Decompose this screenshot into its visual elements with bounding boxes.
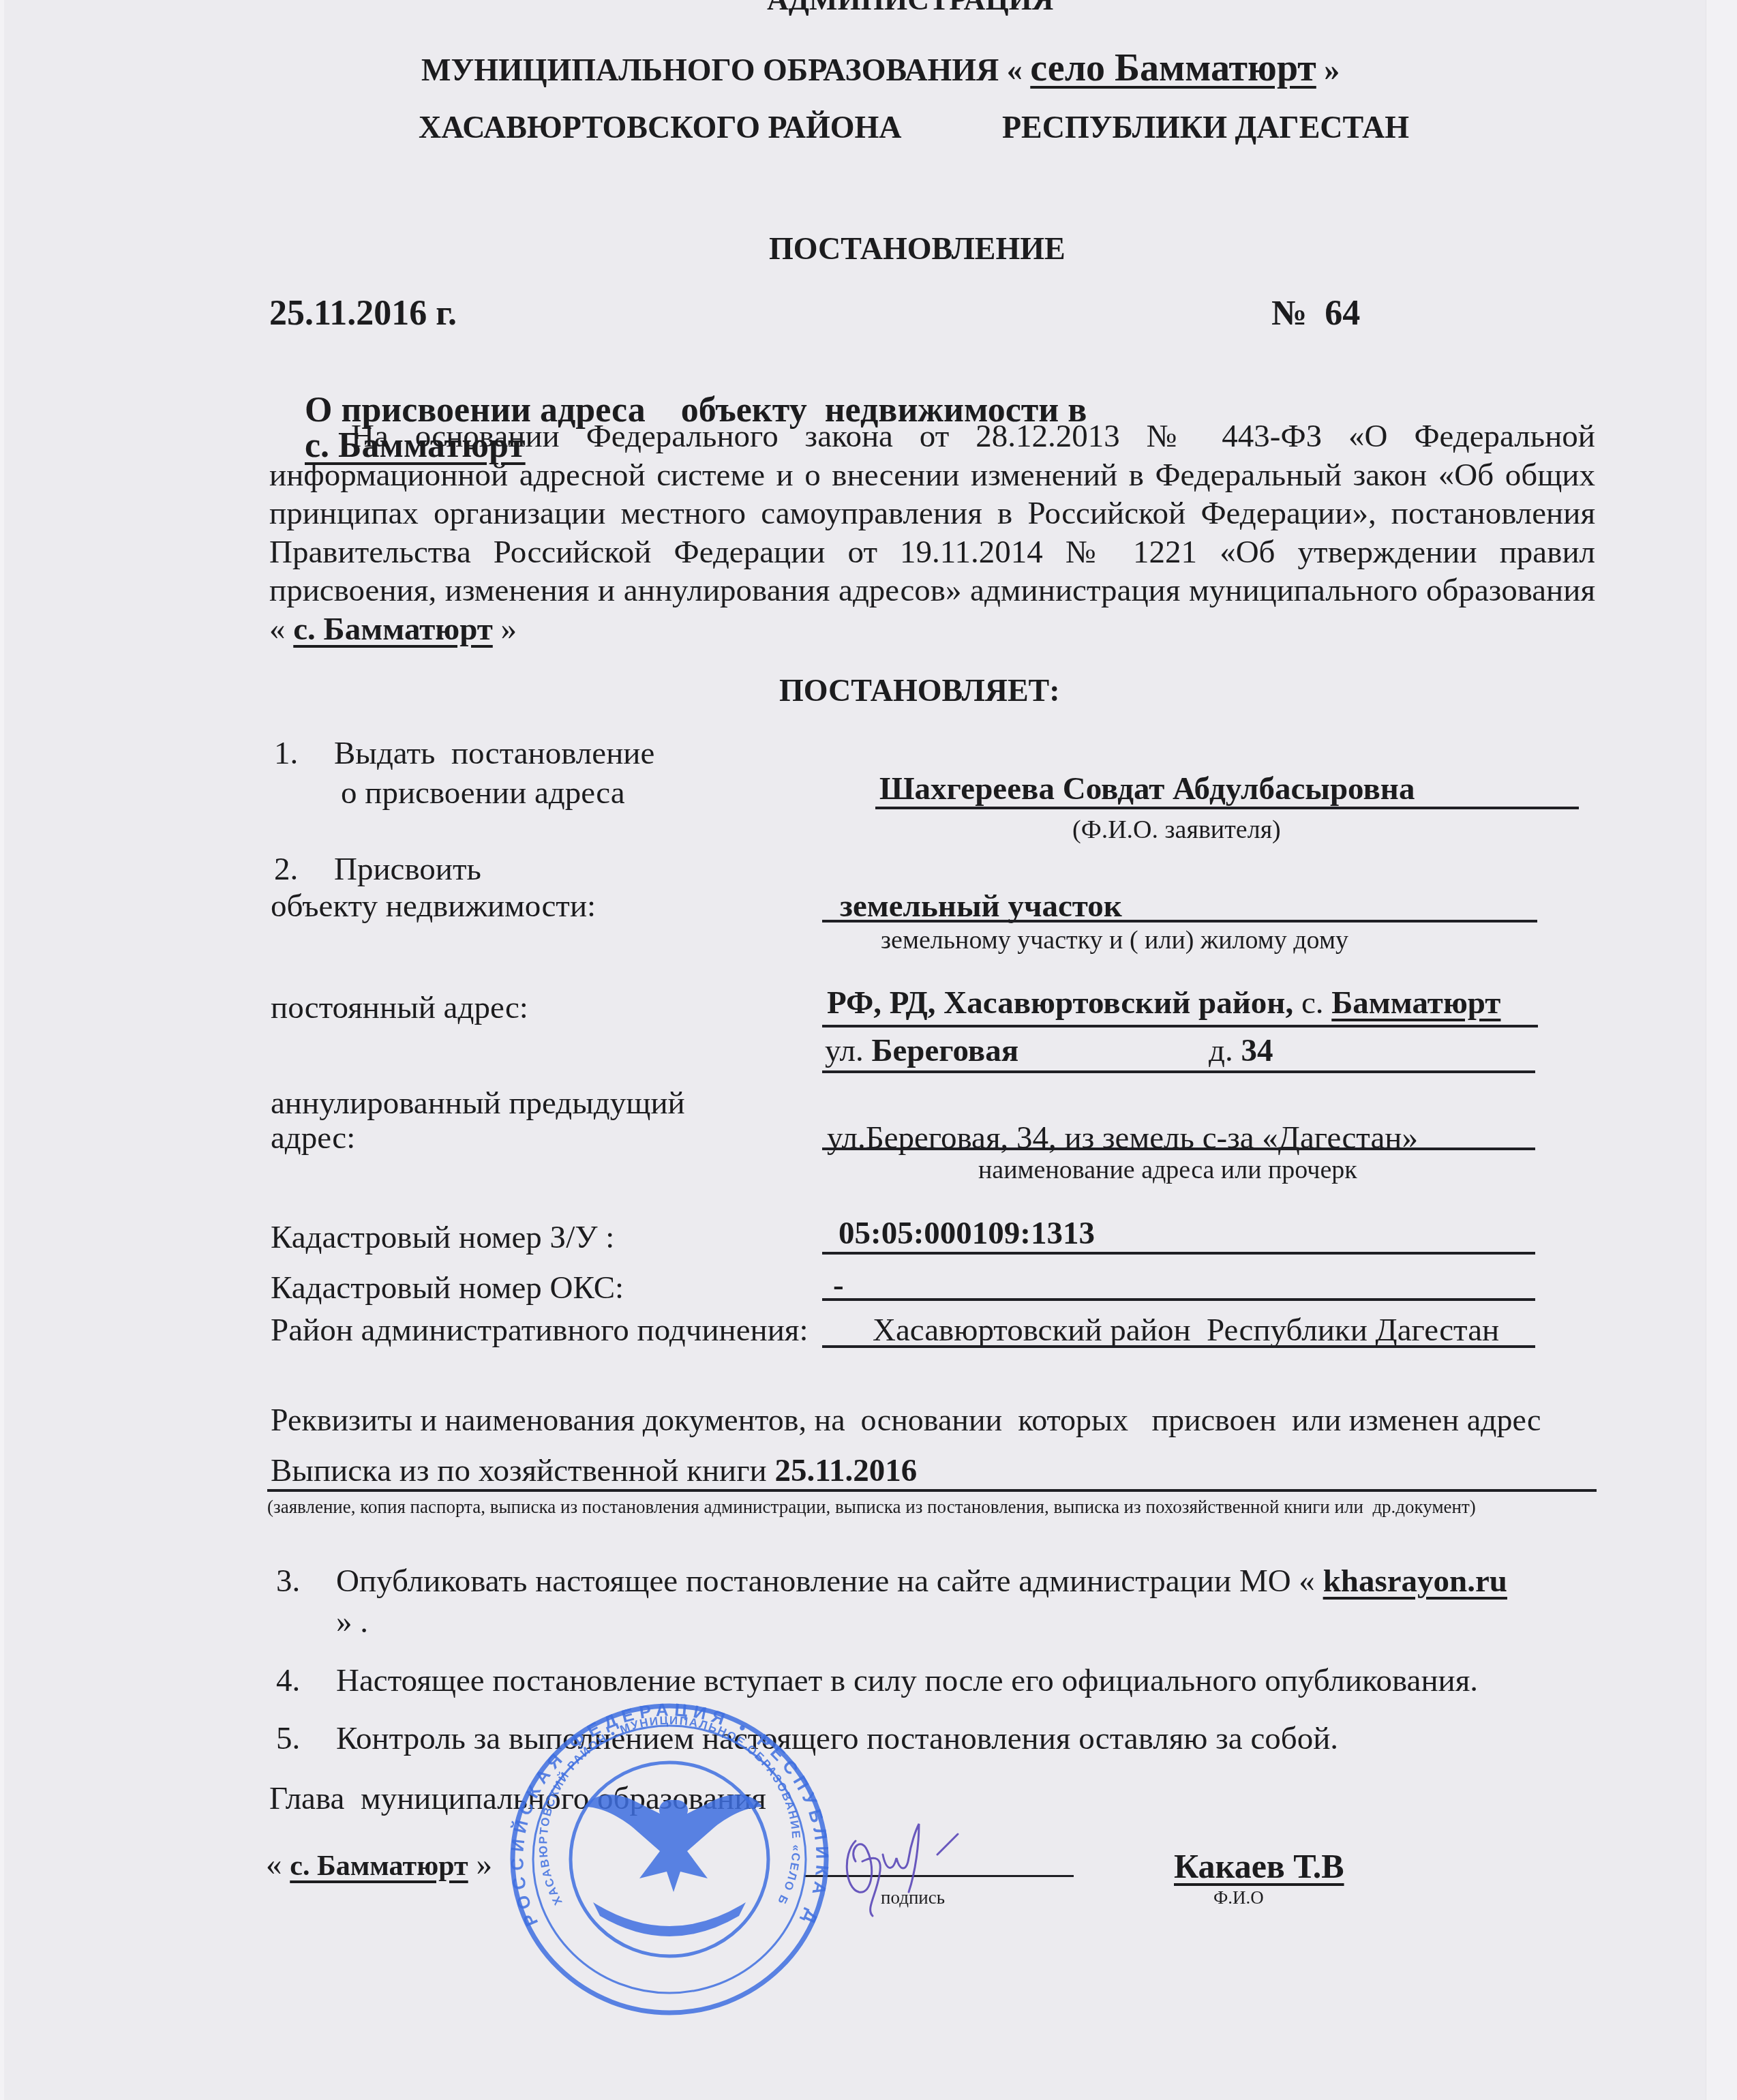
permanent-address-underline2 [822,1070,1535,1073]
cadastral-oks-field: - [833,1270,844,1302]
official-seal-stamp: РОССИЙСКАЯ ФЕДЕРАЦИЯ • РЕСПУБЛИКА ДАГЕСТ… [491,1698,845,2018]
permanent-address-village-prefix: с. [1301,985,1324,1021]
clause3-number: 3. [276,1565,300,1597]
header-village-name: село Бамматюрт [1030,47,1316,89]
cadastral-oks-label: Кадастровый номер ОКС: [271,1272,624,1304]
signatory-village: с. Бамматюрт [290,1850,468,1882]
clause5-number: 5. [276,1723,300,1755]
clause3-tail: » . [336,1606,368,1638]
handwritten-signature [835,1814,992,1930]
object-type-field: земельный участок [840,890,1122,922]
place-open-quote: « [266,1847,282,1882]
requisites-date: 25.11.2016 [774,1453,917,1488]
item1-label-line2: о присвоении адреса [341,777,625,809]
applicant-name-caption: (Ф.И.О. заявителя) [1072,817,1281,843]
cadastral-land-label: Кадастровый номер З/У : [271,1222,614,1254]
item2-number: 2. [274,854,298,886]
clause4-number: 4. [276,1665,300,1697]
requisites-caption: (заявление, копия паспорта, выписка из п… [267,1498,1476,1516]
signatory-name: Какаев Т.В [1174,1849,1344,1883]
item2-label-line2: объекту недвижимости: [271,890,596,922]
preamble-paragraph: На основании Федерального закона от 28.1… [269,417,1595,648]
applicant-name-field: Шахгереева Совдат Абдулбасыровна [879,773,1415,805]
annulled-address-label-line2: адрес: [271,1122,355,1154]
district-label: Район административного подчинения: [271,1315,809,1347]
resolves-heading: ПОСТАНОВЛЯЕТ: [779,675,1060,706]
scan-edge-right [1706,0,1737,2100]
street-name: Береговая [871,1033,1018,1068]
header-administration: АДМИНИСТРАЦИЯ [767,0,1054,15]
permanent-address-label: постоянный адрес: [271,992,528,1024]
header-district: ХАСАВЮРТОВСКОГО РАЙОНА [419,112,902,143]
house-value: 34 [1241,1033,1273,1068]
permanent-address-village: Бамматюрт [1331,985,1500,1021]
header-municipality: МУНИЦИПАЛЬНОГО ОБРАЗОВАНИЯ « село Баммат… [421,49,1340,87]
annulled-address-underline [822,1147,1535,1150]
requisites-underline [267,1489,1597,1492]
place-close-quote: » [476,1847,492,1882]
eagle-emblem-icon [585,1795,762,1936]
applicant-name-underline [875,807,1579,809]
permanent-address-line2: ул. Береговая [825,1035,1018,1067]
requisites-heading: Реквизиты и наименования документов, на … [271,1405,1541,1436]
document-page: АДМИНИСТРАЦИЯ МУНИЦИПАЛЬНОГО ОБРАЗОВАНИЯ… [0,0,1737,2100]
header-municipality-prefix: МУНИЦИПАЛЬНОГО ОБРАЗОВАНИЯ « [421,52,1023,87]
permanent-address-region: РФ, РД, Хасавюртовский район, [827,985,1293,1021]
house-number: д. 34 [1209,1035,1273,1067]
document-type-title: ПОСТАНОВЛЕНИЕ [769,233,1066,265]
clause3-body: Опубликовать настоящее постановление на … [336,1563,1315,1599]
header-republic: РЕСПУБЛИКИ ДАГЕСТАН [1002,112,1409,143]
signatory-name-caption: Ф.И.О [1213,1889,1264,1907]
preamble-suffix: » [501,612,517,647]
annulled-address-caption: наименование адреса или прочерк [978,1157,1357,1183]
header-municipality-suffix: » [1324,52,1340,87]
item2-label-line1: Присвоить [334,854,481,886]
document-number: № 64 [1271,296,1360,331]
permanent-address-line1: РФ, РД, Хасавюртовский район, с. Бамматю… [827,987,1500,1019]
house-prefix: д. [1209,1033,1233,1068]
item1-number: 1. [274,738,298,770]
district-underline [822,1345,1535,1348]
permanent-address-underline1 [822,1025,1538,1027]
requisites-field: Выписка из по хозяйственной книги 25.11.… [271,1455,917,1487]
object-type-underline [822,920,1537,922]
district-field: Хасавюртовский район Республики Дагестан [873,1315,1499,1347]
cadastral-land-underline [822,1252,1535,1255]
requisites-doc: Выписка из по хозяйственной книги [271,1453,767,1488]
clause4-text: Настоящее постановление вступает в силу … [336,1665,1478,1697]
scan-edge-left [0,0,4,2100]
document-date: 25.11.2016 г. [269,296,457,331]
signatory-place: « с. Бамматюрт » [266,1849,492,1881]
object-type-caption: земельному участку и ( или) жилому дому [881,927,1348,953]
annulled-address-label-line1: аннулированный предыдущий [271,1087,685,1120]
cadastral-land-field: 05:05:000109:1313 [839,1218,1095,1250]
publication-site-link[interactable]: khasrayon.ru [1323,1563,1507,1599]
street-prefix: ул. [825,1033,864,1068]
clause3-text: Опубликовать настоящее постановление на … [336,1565,1507,1597]
preamble-place: с. Бамматюрт [293,612,493,647]
cadastral-oks-underline [822,1298,1535,1301]
item1-label-line1: Выдать постановление [334,738,654,770]
